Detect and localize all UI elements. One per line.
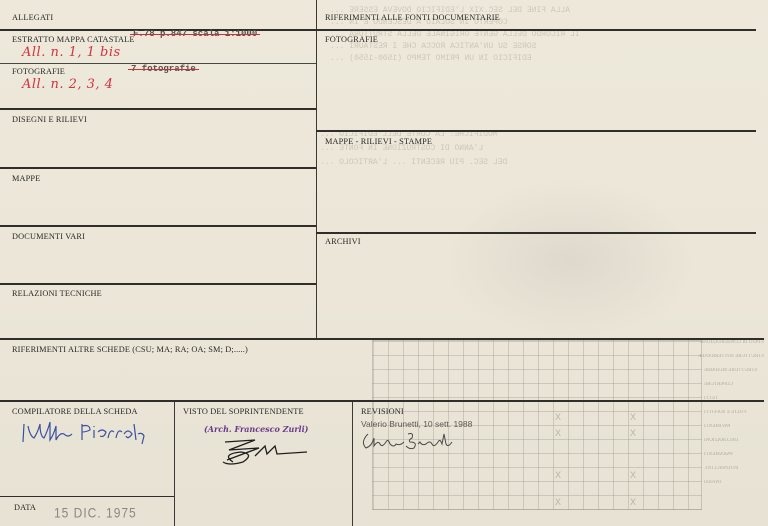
label-archivi: ARCHIVI [325,237,361,246]
row-divider [0,496,174,497]
label-revisioni: REVISIONI [361,407,404,416]
label-riferimenti-altre-schede: RIFERIMENTI ALTRE SCHEDE (CSU; MA; RA; O… [12,345,248,354]
revision-entry: Valerio Brunetti, 10 sett. 1988 [361,419,472,429]
show-through-x-mark: X [555,497,561,507]
section-title-allegati: ALLEGATI [12,13,53,22]
label-documenti-vari: DOCUMENTI VARI [12,232,85,241]
paper-stain [440,180,700,340]
struck-typed-fotografie: 7 fotografie [131,64,196,74]
show-through-x-mark: X [630,412,636,422]
soprintendente-stamp: (Arch. Francesco Zurli) [204,424,308,434]
row-divider [316,29,756,31]
footer-divider [352,400,353,526]
label-fonti-fotografie: FOTOGRAFIE [325,35,378,44]
show-through-x-mark: X [630,428,636,438]
row-divider [0,167,316,169]
show-through-x-mark: X [630,470,636,480]
signature-soprintendente [215,436,315,468]
show-through-x-mark: X [555,412,561,422]
row-divider [0,283,316,285]
footer-divider [174,400,175,526]
show-through-text: EDIFICIO IN UN PRIMO TEMPO (1500-1550) .… [330,54,532,63]
label-mappe-rilievi-stampe: MAPPE - RILIEVI - STAMPE [325,137,432,146]
label-relazioni-tecniche: RELAZIONI TECNICHE [12,289,102,298]
footer-top-divider [0,400,764,402]
row-divider [316,130,756,132]
show-through-x-mark: X [555,470,561,480]
date-stamp: 15 DIC. 1975 [54,505,137,521]
show-through-x-mark: X [555,428,561,438]
label-fotografie: FOTOGRAFIE [12,67,65,76]
handwritten-fotografie: All. n. 2, 3, 4 [22,77,113,92]
catalog-form-sheet: ALLA FINE DEL SEC.XIX L'EDIFICIO DOVEVA … [0,0,768,526]
row-divider [0,338,764,340]
show-through-grid-labels: STATO DI CONSERVAZIONE STRUTTURE SOTTERR… [704,340,764,494]
show-through-x-mark: X [630,497,636,507]
label-disegni-rilievi: DISEGNI E RILIEVI [12,115,87,124]
label-mappe: MAPPE [12,174,40,183]
column-divider [316,0,317,340]
row-divider [316,232,756,234]
show-through-text: DEL SEC. PIU RECENTI ... L'ARTICOLO ... [320,158,507,167]
signature-compilatore [20,418,160,446]
struck-typed-estratto: F.78 p.847 scala 1:1000 [133,29,257,39]
label-data: DATA [14,503,36,512]
section-title-fonti: RIFERIMENTI ALLE FONTI DOCUMENTARIE [325,13,500,22]
label-visto-soprintendente: VISTO DEL SOPRINTENDENTE [183,407,304,416]
row-divider [0,108,316,110]
handwritten-estratto: All. n. 1, 1 bis [22,45,121,60]
label-compilatore: COMPILATORE DELLA SCHEDA [12,407,138,416]
label-estratto-mappa: ESTRATTO MAPPA CATASTALE [12,35,135,44]
signature-revisore [360,430,470,452]
row-divider [0,225,316,227]
